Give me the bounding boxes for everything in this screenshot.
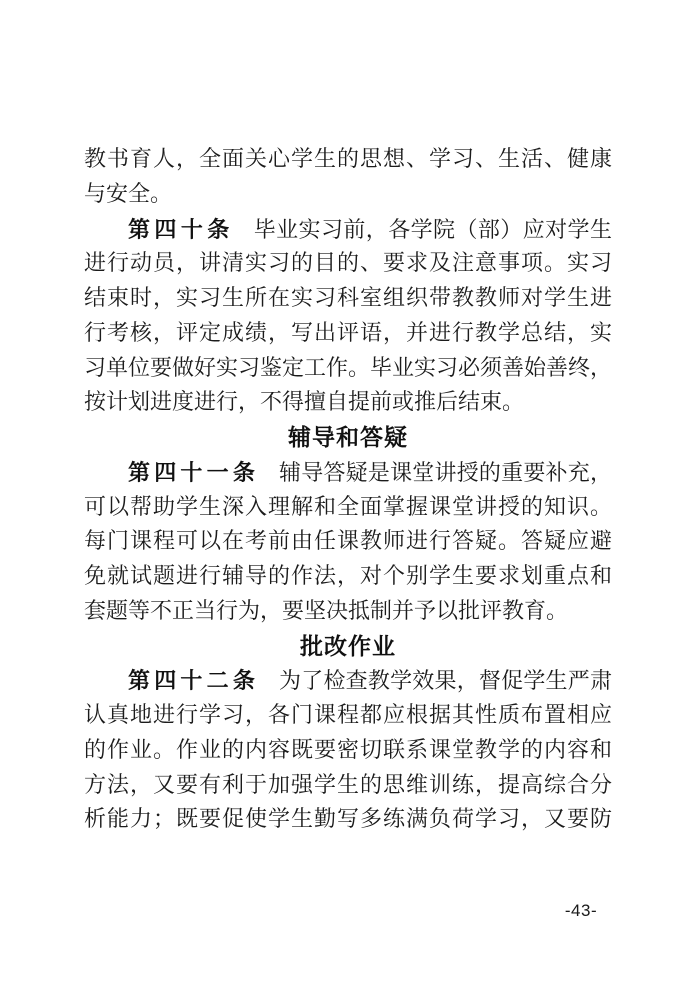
text-line: 结束时，实习生所在实习科室组织带教教师对学生进	[84, 282, 612, 317]
page-number: -43-	[563, 901, 599, 921]
section-heading: 批改作业	[84, 630, 612, 665]
text-line: 认真地进行学习，各门课程都应根据其性质布置相应	[84, 699, 612, 734]
text-line: 行考核，评定成绩，写出评语，并进行教学总结，实	[84, 317, 612, 352]
text-line: 与安全。	[84, 178, 612, 213]
text-line: 按计划进度进行，不得擅自提前或推后结束。	[84, 386, 612, 421]
text-line: 套题等不正当行为，要坚决抵制并予以批评教育。	[84, 595, 612, 630]
article-number: 第四十条	[128, 217, 234, 243]
text-line: 进行动员，讲清实习的目的、要求及注意事项。实习	[84, 247, 612, 282]
text-line: 可以帮助学生深入理解和全面掌握课堂讲授的知识。	[84, 491, 612, 526]
article-text: 为了检查教学效果，督促学生严肃	[279, 669, 612, 694]
text-line: 方法，又要有利于加强学生的思维训练，提高综合分	[84, 769, 612, 804]
text-line: 第四十二条为了检查教学效果，督促学生严肃	[84, 664, 612, 699]
text-line: 第四十一条辅导答疑是课堂讲授的重要补充，	[84, 456, 612, 491]
section-heading: 辅导和答疑	[84, 421, 612, 456]
text-line: 每门课程可以在考前由任课教师进行答疑。答疑应避	[84, 525, 612, 560]
article-text: 毕业实习前，各学院（部）应对学生	[254, 218, 612, 243]
document-page: 教书育人，全面关心学生的思想、学习、生活、健康与安全。第四十条毕业实习前，各学院…	[0, 0, 695, 982]
article-number: 第四十二条	[128, 668, 259, 694]
document-text-block: 教书育人，全面关心学生的思想、学习、生活、健康与安全。第四十条毕业实习前，各学院…	[84, 143, 612, 838]
article-text: 辅导答疑是课堂讲授的重要补充，	[279, 461, 612, 486]
text-line: 习单位要做好实习鉴定工作。毕业实习必须善始善终，	[84, 352, 612, 387]
text-line: 的作业。作业的内容既要密切联系课堂教学的内容和	[84, 734, 612, 769]
article-number: 第四十一条	[128, 460, 259, 486]
text-line: 析能力；既要促使学生勤写多练满负荷学习，又要防	[84, 803, 612, 838]
text-line: 免就试题进行辅导的作法，对个别学生要求划重点和	[84, 560, 612, 595]
text-line: 教书育人，全面关心学生的思想、学习、生活、健康	[84, 143, 612, 178]
text-line: 第四十条毕业实习前，各学院（部）应对学生	[84, 213, 612, 248]
